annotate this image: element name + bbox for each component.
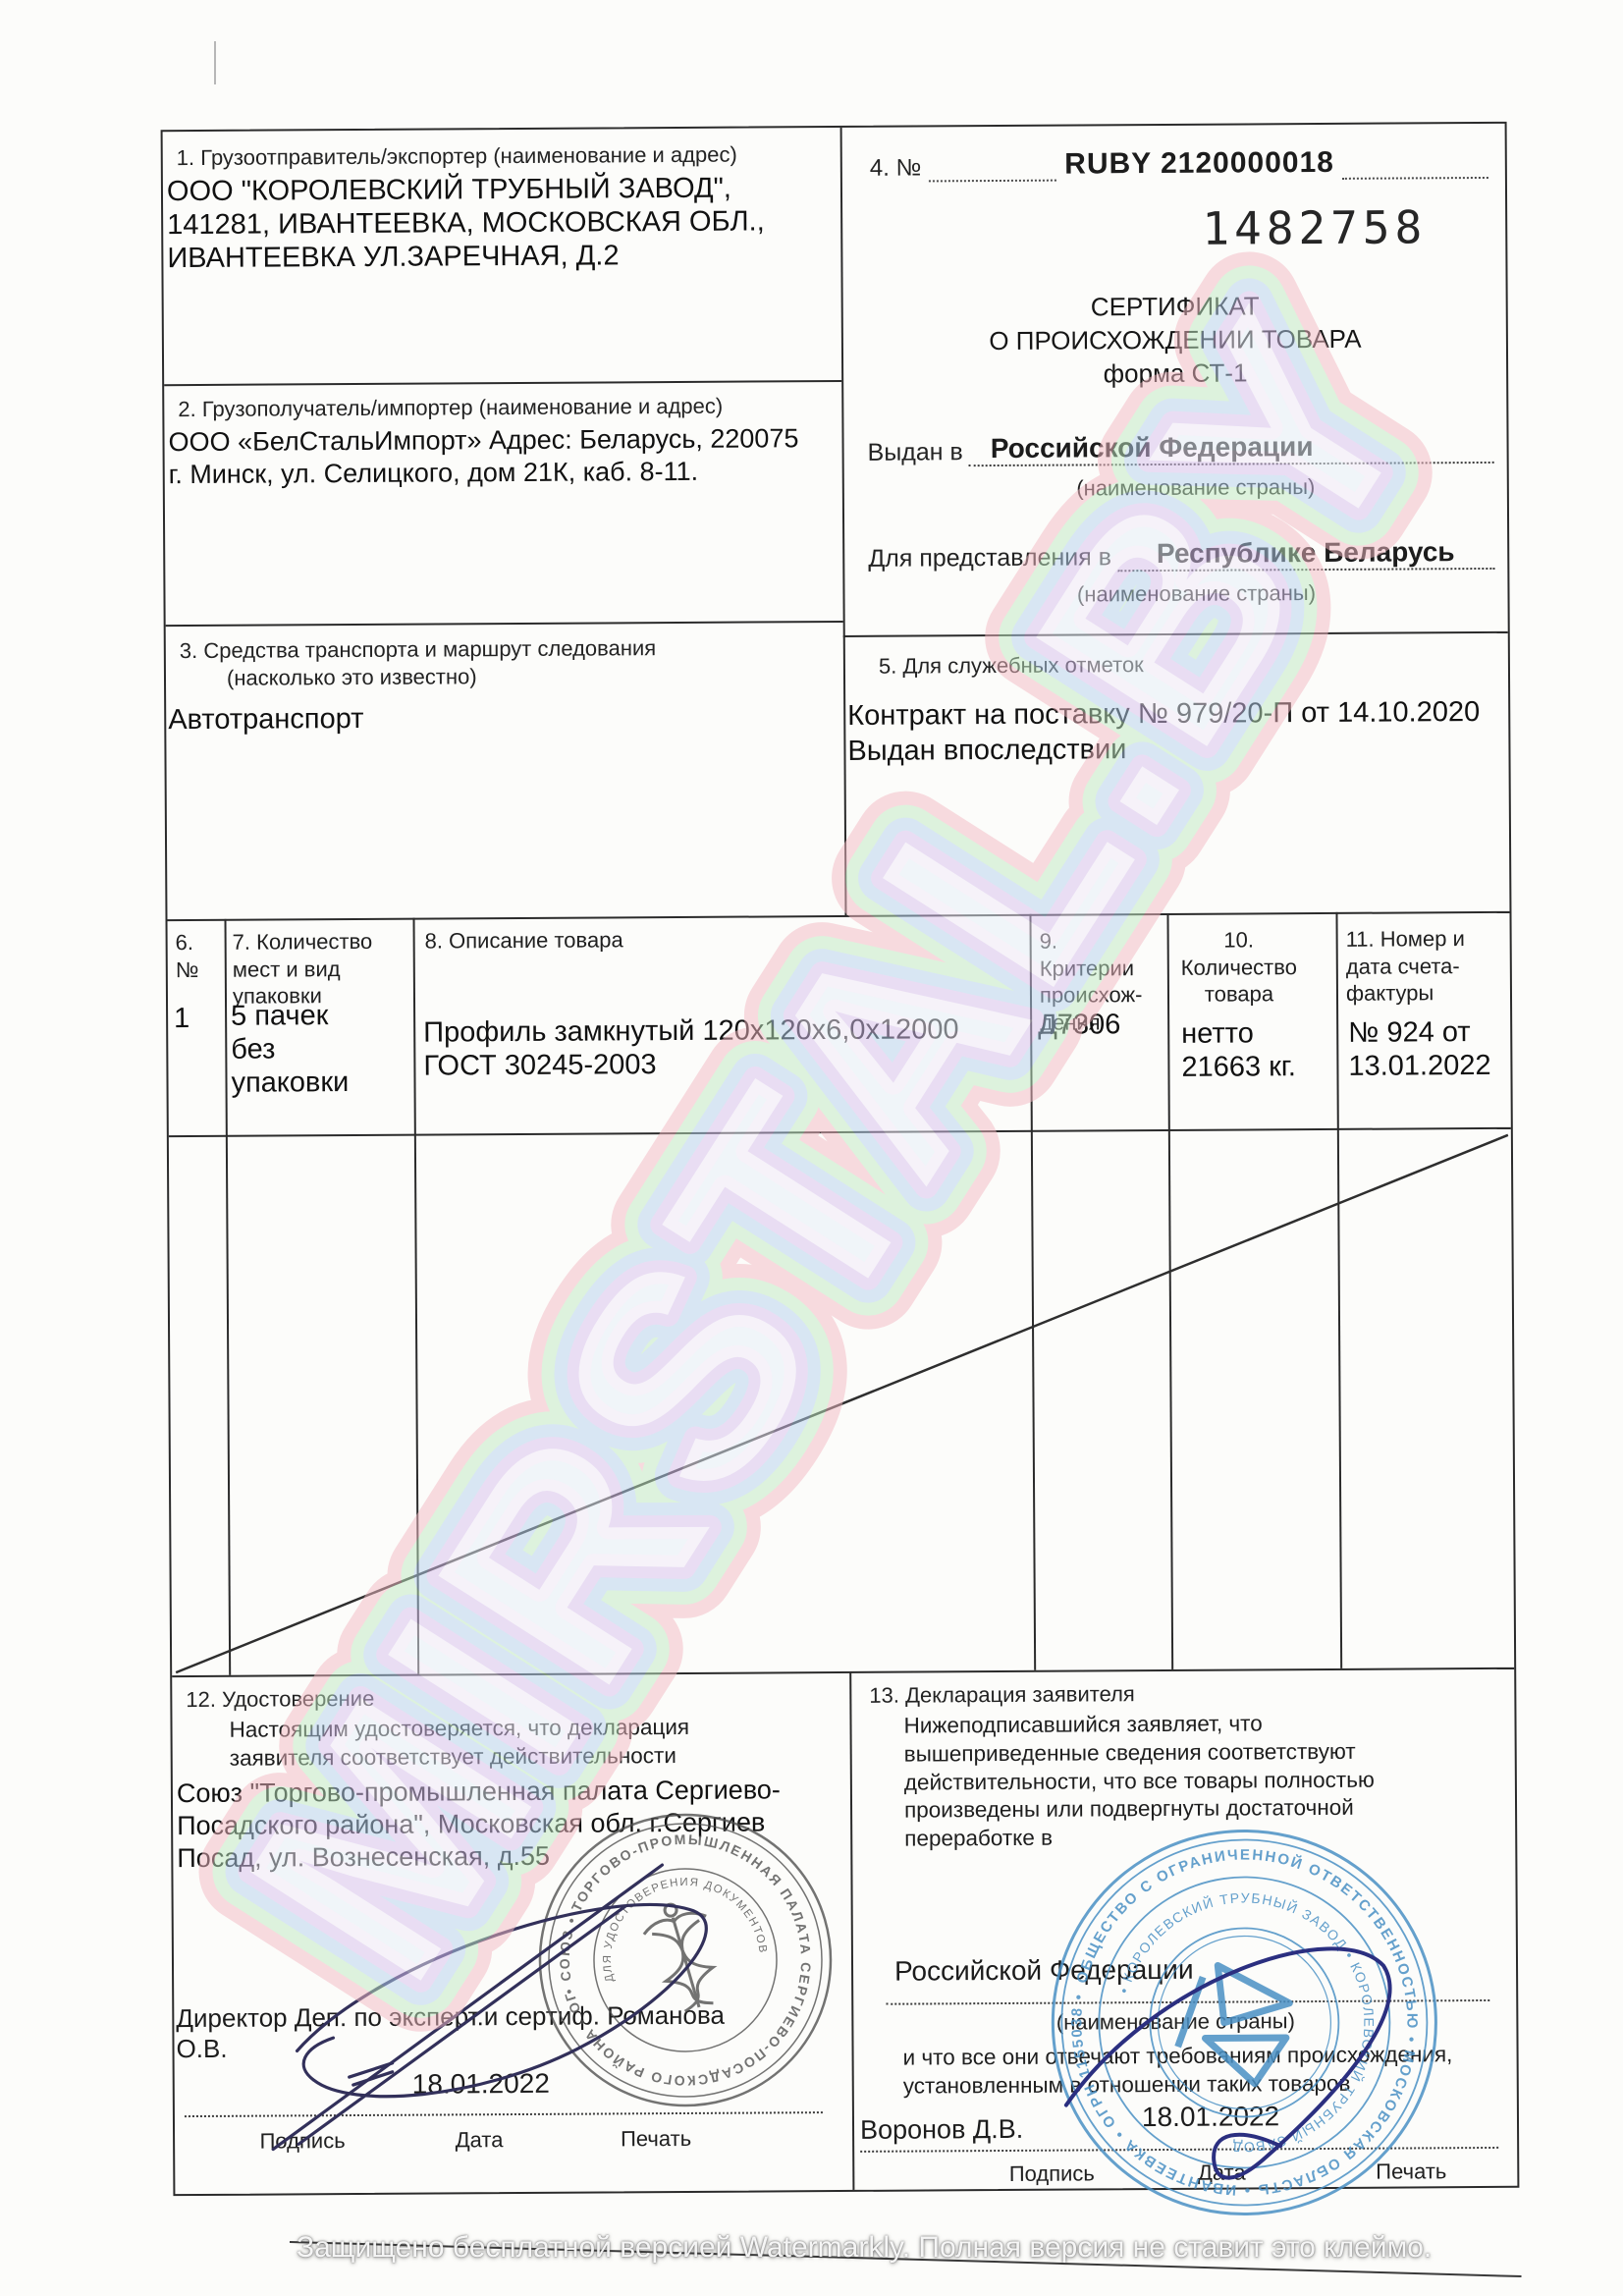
table-header-7: 7. Количество мест и вид упаковки: [233, 928, 389, 1010]
box5-label: 5. Для служебных отметок: [879, 652, 1144, 680]
box4-certificate-series: RUBY 2120000018: [1064, 146, 1334, 182]
certificate-title-line2: О ПРОИСХОЖДЕНИИ ТОВАРА: [900, 322, 1450, 358]
divider-box1-box2: [164, 380, 841, 386]
presented-in-value: Республике Беларусь: [1157, 536, 1455, 569]
box12-text: Настоящим удостоверяется, что декларация…: [229, 1714, 749, 1774]
table-header-8: 8. Описание товара: [425, 925, 838, 955]
certificate-title-line3: форма СТ-1: [900, 355, 1450, 392]
box3-label: 3. Средства транспорта и маршрут следова…: [180, 634, 808, 664]
box3-sublabel: (насколько это известно): [227, 664, 477, 691]
divider-box4-box5: [843, 631, 1508, 637]
table-header-10: 10. Количество товара: [1175, 926, 1304, 1008]
scanned-certificate-page: 1. Грузоотправитель/экспортер (наименова…: [0, 0, 1623, 2296]
box12-signature: [202, 1828, 754, 2155]
divider-box12-box13: [849, 1671, 854, 2190]
box13-signer: Воронов Д.В.: [860, 2114, 1023, 2146]
table-top-line: [167, 911, 1509, 921]
box3-value: Автотранспорт: [168, 702, 363, 737]
table-cell-9: Д7306: [1038, 1008, 1120, 1042]
box13-label: 13. Декларация заявителя: [869, 1681, 1135, 1709]
box5-line2: Выдан впоследствии: [847, 731, 1500, 768]
presented-in-row: Для представления в Республике Беларусь: [868, 536, 1494, 574]
box12-label: 12. Удостоверение: [186, 1686, 374, 1713]
issued-in-row: Выдан в Российской Федерации: [867, 430, 1493, 467]
table-diagonal-strike: [169, 1127, 1514, 1677]
table-header-6: 6. №: [176, 929, 221, 983]
watermarkly-footer-text: Защищено бесплатной версией Watermarkly.…: [297, 2231, 1432, 2265]
dotted-leader: [929, 164, 1056, 183]
table-header-11: 11. Номер и дата счета-фактуры: [1346, 925, 1492, 1007]
table-cell-7: 5 пачек без упаковки: [231, 999, 379, 1101]
certificate-title: СЕРТИФИКАТ О ПРОИСХОЖДЕНИИ ТОВАРА форма …: [900, 289, 1451, 392]
certificate-title-line1: СЕРТИФИКАТ: [900, 289, 1450, 325]
box4-blank-number: 1482758: [1202, 200, 1427, 254]
dotted-leader: [1342, 161, 1488, 180]
box4-number-row: 4. № RUBY 2120000018: [870, 145, 1488, 183]
box1-label: 1. Грузоотправитель/экспортер (наименова…: [177, 141, 805, 171]
issued-in-note: (наименование страны): [990, 473, 1402, 502]
box5-line1: Контракт на поставку № 979/20-П от 14.10…: [847, 695, 1500, 733]
presented-in-label: Для представления в: [868, 543, 1111, 574]
box13-signature: [1038, 1921, 1452, 2209]
certificate-form: 1. Грузоотправитель/экспортер (наименова…: [161, 122, 1520, 2196]
divider-main-vertical: [840, 128, 847, 915]
issued-in-field: Российской Федерации: [969, 430, 1494, 466]
table-cell-6: 1: [174, 1002, 189, 1035]
issued-in-value: Российской Федерации: [991, 431, 1314, 464]
issued-in-label: Выдан в: [868, 438, 963, 467]
table-cell-10: нетто 21663 кг.: [1181, 1016, 1328, 1084]
table-cell-11: № 924 от 13.01.2022: [1348, 1015, 1505, 1083]
box2-label: 2. Грузополучатель/импортер (наименовани…: [178, 393, 806, 422]
presented-in-field: Республике Беларусь: [1117, 536, 1494, 572]
table-cell-8: Профиль замкнутый 120х120х6,0х12000 ГОСТ…: [423, 1012, 1024, 1083]
scan-artifact: [214, 41, 216, 84]
box1-value: ООО "КОРОЛЕВСКИЙ ТРУБНЫЙ ЗАВОД", 141281,…: [167, 171, 824, 276]
box2-value: ООО «БелСтальИмпорт» Адрес: Беларусь, 22…: [168, 422, 818, 491]
divider-box2-box3: [166, 621, 843, 627]
presented-in-note: (наименование страны): [990, 579, 1402, 608]
box4-label: 4. №: [870, 154, 922, 182]
